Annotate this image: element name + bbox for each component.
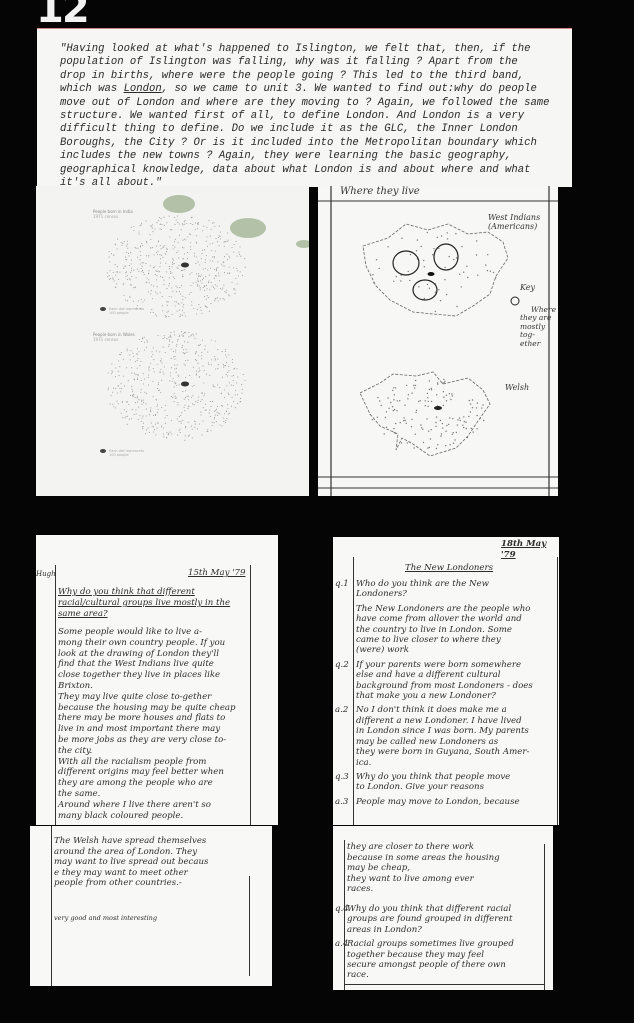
essay-right-title: The New Londoners	[405, 563, 493, 574]
essay-sheet-left: Hugh 15th May '79 Why do you think that …	[36, 535, 278, 825]
essay-sheet-right-continuation: they are closer to there work because in…	[333, 826, 553, 990]
qa-item: a.4Racial groups sometimes live grouped …	[333, 939, 553, 981]
quote-card: "Having looked at what's happened to Isl…	[37, 28, 572, 187]
top-map-label: West Indians (Americans)	[488, 213, 540, 231]
quote-line: structure. We wanted first of all, to de…	[60, 110, 560, 123]
qa-text: No I don't think it does make me a diffe…	[356, 705, 554, 767]
quote-line: drop in births, where were the people go…	[60, 70, 560, 83]
bottom-map-label: Welsh	[505, 383, 529, 392]
qa-item: q.2If your parents were born somewhere e…	[333, 660, 559, 702]
quote-line: includes the new towns ? Again, they wer…	[60, 150, 560, 163]
quote-line: which was London, so we came to unit 3. …	[60, 83, 560, 96]
qa-text: People may move to London, because	[356, 797, 554, 807]
essay-left-question: Why do you think that different racial/c…	[58, 587, 248, 620]
essay-left-date: 15th May '79	[188, 568, 245, 579]
quote-line: Boroughs, the City ? Or is it included i…	[60, 137, 560, 150]
qa-text: Why do you think that different racial g…	[347, 904, 545, 935]
key-title: Key	[520, 283, 535, 292]
qa-label: q.2	[335, 660, 349, 670]
printed-census-maps: People born in India 1971 census People …	[36, 186, 309, 496]
bottom-map-caption: People born in Wales 1971 census	[93, 332, 135, 342]
qa-text: Racial groups sometimes live grouped tog…	[347, 939, 545, 981]
qa-text: Who do you think are the New Londoners?	[356, 579, 554, 600]
qa-item: q.4Why do you think that different racia…	[333, 904, 553, 935]
london-dot-map-illustration	[36, 186, 309, 496]
quote-line: geographical knowledge, data about what …	[60, 164, 560, 177]
bottom-map-legend: Each dot represents 100 people	[109, 449, 144, 457]
quote-line: difficult thing to define. Do we include…	[60, 123, 560, 136]
teacher-comment: very good and most interesting	[54, 913, 157, 924]
essay-right-qa-list-2: q.4Why do you think that different racia…	[333, 904, 553, 985]
hand-drawn-maps-sheet: Where they live West Indians (Americans)…	[318, 186, 558, 496]
essay-right-date: 18th May '79	[501, 539, 559, 561]
top-map-caption: People born in India 1971 census	[93, 209, 133, 219]
essay-right-continuation: they are closer to there work because in…	[347, 842, 542, 895]
essay-left-continuation: The Welsh have spread themselves around …	[54, 836, 254, 889]
qa-text: If your parents were born somewhere else…	[356, 660, 554, 702]
qa-item: The New Londoners are the people who hav…	[333, 604, 559, 656]
essay-sheet-right: 18th May '79 The New Londoners q.1Who do…	[333, 537, 559, 825]
qa-label: q.3	[335, 772, 349, 782]
quote-line: move out of London and where are they mo…	[60, 97, 560, 110]
quote-text: "Having looked at what's happened to Isl…	[60, 43, 560, 190]
qa-item: a.2No I don't think it does make me a di…	[333, 705, 559, 767]
essay-right-qa-list: q.1Who do you think are the New Londoner…	[333, 579, 559, 811]
qa-label: q.1	[335, 579, 349, 589]
qa-item: q.3Why do you think that people move to …	[333, 772, 559, 793]
margin-name: Hugh	[36, 569, 56, 580]
quote-line: population of Islington was falling, why…	[60, 56, 560, 69]
qa-label: a.2	[335, 705, 348, 715]
top-map-legend: Each dot represents 100 people	[109, 307, 144, 315]
quote-line: "Having looked at what's happened to Isl…	[60, 43, 560, 56]
key-text: Where they are mostly tog- ether	[509, 297, 558, 348]
qa-item: q.1Who do you think are the New Londoner…	[333, 579, 559, 600]
qa-text: The New Londoners are the people who hav…	[356, 604, 554, 656]
qa-label: a.3	[335, 797, 348, 807]
qa-text: Why do you think that people move to Lon…	[356, 772, 554, 793]
essay-left-body: Some people would like to live a- mong t…	[58, 627, 250, 821]
qa-item: a.3People may move to London, because	[333, 797, 559, 807]
essay-sheet-left-continuation: The Welsh have spread themselves around …	[30, 826, 272, 986]
drawn-maps-heading: Where they live	[340, 186, 420, 197]
